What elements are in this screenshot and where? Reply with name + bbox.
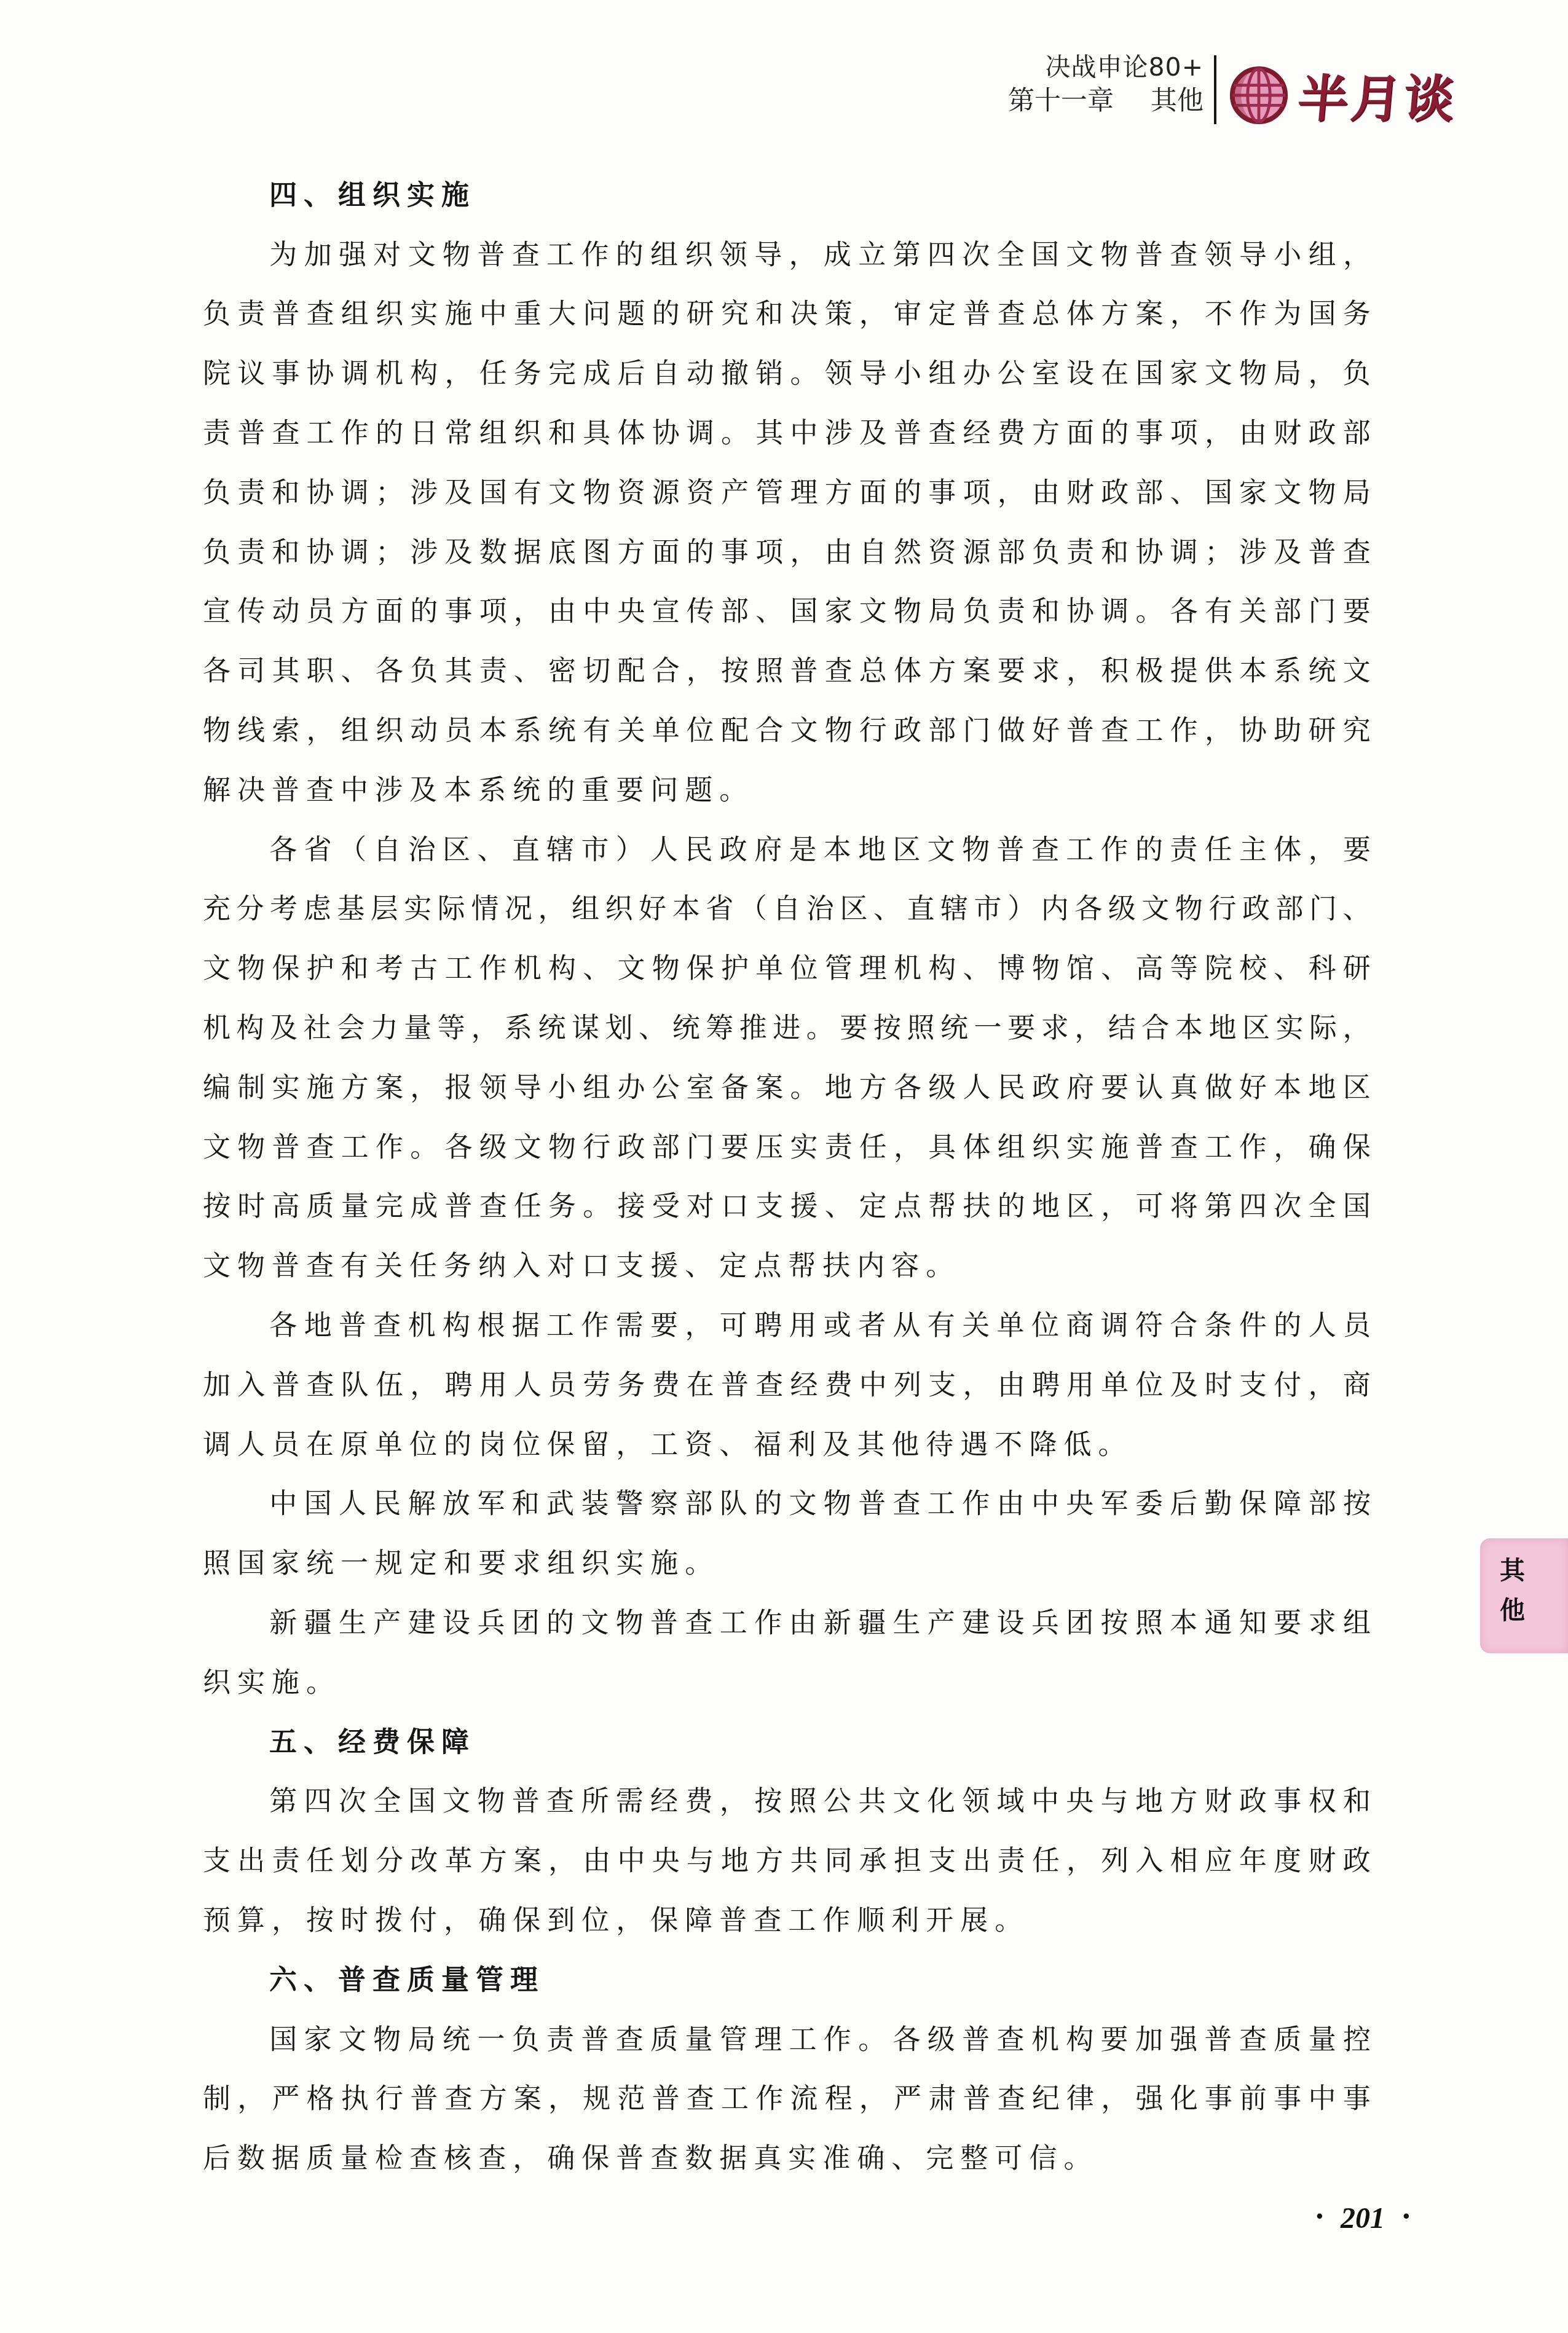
text-line: 负责和协调；涉及国有文物资源资产管理方面的事项，由财政部、国家文物局 xyxy=(203,460,1371,520)
text-line: 第四次全国文物普查所需经费，按照公共文化领域中央与地方财政事权和 xyxy=(203,1769,1371,1829)
chapter-name: 其他 xyxy=(1151,85,1204,117)
page-number: · 201 · xyxy=(1315,2200,1410,2237)
book-page: 决战申论80+ 第十一章 其他 半月谈 四、组织实施为加强对文物普查工作的组织领… xyxy=(0,0,1568,2333)
banyuetan-logo: 半月谈 xyxy=(1229,59,1457,131)
text-line: 按时高质量完成普查任务。接受对口支援、定点帮扶的地区，可将第四次全国 xyxy=(203,1174,1371,1234)
side-tab-label: 其他 xyxy=(1496,1557,1524,1637)
text-line: 为加强对文物普查工作的组织领导，成立第四次全国文物普查领导小组， xyxy=(203,222,1371,282)
text-line: 宣传动员方面的事项，由中央宣传部、国家文物局负责和协调。各有关部门要 xyxy=(203,580,1371,639)
text-line: 中国人民解放军和武装警察部队的文物普查工作由中央军委后勤保障部按 xyxy=(203,1472,1371,1532)
text-line: 文物普查工作。各级文物行政部门要压实责任，具体组织实施普查工作，确保 xyxy=(203,1115,1371,1174)
chapter-heading: 第十一章 其他 xyxy=(1008,85,1204,117)
page-number-dot-right: · xyxy=(1402,2198,1410,2235)
text-line: 机构及社会力量等，系统谋划、统筹推进。要按照统一要求，结合本地区实际， xyxy=(203,996,1371,1055)
text-line: 物线索，组织动员本系统有关单位配合文物行政部门做好普查工作，协助研究 xyxy=(203,698,1371,758)
section-heading: 六、普查质量管理 xyxy=(203,1948,1371,2007)
series-title: 决战申论80+ xyxy=(1008,52,1204,82)
text-line: 责普查工作的日常组织和具体协调。其中涉及普查经费方面的事项，由财政部 xyxy=(203,401,1371,460)
text-line: 加入普查队伍，聘用人员劳务费在普查经费中列支，由聘用单位及时支付，商 xyxy=(203,1353,1371,1412)
text-line: 负责和协调；涉及数据底图方面的事项，由自然资源部负责和协调；涉及普查 xyxy=(203,520,1371,580)
text-line: 各地普查机构根据工作需要，可聘用或者从有关单位商调符合条件的人员 xyxy=(203,1293,1371,1353)
page-number-dot-left: · xyxy=(1315,2198,1323,2235)
text-line: 解决普查中涉及本系统的重要问题。 xyxy=(203,758,1371,817)
text-line: 编制实施方案，报领导小组办公室备案。地方各级人民政府要认真做好本地区 xyxy=(203,1055,1371,1115)
text-line: 调人员在原单位的岗位保留，工资、福利及其他待遇不降低。 xyxy=(203,1412,1371,1472)
chapter-side-tab: 其他 xyxy=(1480,1538,1568,1653)
logo-text: 半月谈 xyxy=(1295,59,1460,131)
text-line: 院议事协调机构，任务完成后自动撤销。领导小组办公室设在国家文物局，负 xyxy=(203,341,1371,401)
text-line: 新疆生产建设兵团的文物普查工作由新疆生产建设兵团按照本通知要求组 xyxy=(203,1591,1371,1650)
text-line: 文物普查有关任务纳入对口支援、定点帮扶内容。 xyxy=(203,1233,1371,1293)
chapter-label: 第十一章 xyxy=(1008,85,1114,117)
section-heading: 四、组织实施 xyxy=(203,163,1371,222)
text-line: 各司其职、各负其责、密切配合，按照普查总体方案要求，积极提供本系统文 xyxy=(203,639,1371,698)
globe-icon xyxy=(1229,66,1288,125)
text-line: 负责普查组织实施中重大问题的研究和决策，审定普查总体方案，不作为国务 xyxy=(203,282,1371,342)
text-line: 预算，按时拨付，确保到位，保障普查工作顺利开展。 xyxy=(203,1888,1371,1948)
text-line: 支出责任划分改革方案，由中央与地方共同承担支出责任，列入相应年度财政 xyxy=(203,1828,1371,1888)
document-body: 四、组织实施为加强对文物普查工作的组织领导，成立第四次全国文物普查领导小组，负责… xyxy=(203,163,1371,2185)
section-heading: 五、经费保障 xyxy=(203,1710,1371,1769)
text-line: 后数据质量检查核查，确保普查数据真实准确、完整可信。 xyxy=(203,2126,1371,2185)
text-line: 照国家统一规定和要求组织实施。 xyxy=(203,1531,1371,1591)
text-line: 制，严格执行普查方案，规范普查工作流程，严肃普查纪律，强化事前事中事 xyxy=(203,2067,1371,2126)
text-line: 充分考虑基层实际情况，组织好本省（自治区、直辖市）内各级文物行政部门、 xyxy=(203,877,1371,937)
page-number-value: 201 xyxy=(1341,2201,1385,2235)
text-line: 各省（自治区、直辖市）人民政府是本地区文物普查工作的责任主体，要 xyxy=(203,817,1371,877)
header-divider xyxy=(1214,55,1216,124)
header: 决战申论80+ 第十一章 其他 xyxy=(1008,52,1204,117)
text-line: 文物保护和考古工作机构、文物保护单位管理机构、博物馆、高等院校、科研 xyxy=(203,936,1371,996)
text-line: 织实施。 xyxy=(203,1650,1371,1710)
text-line: 国家文物局统一负责普查质量管理工作。各级普查机构要加强普查质量控 xyxy=(203,2007,1371,2067)
